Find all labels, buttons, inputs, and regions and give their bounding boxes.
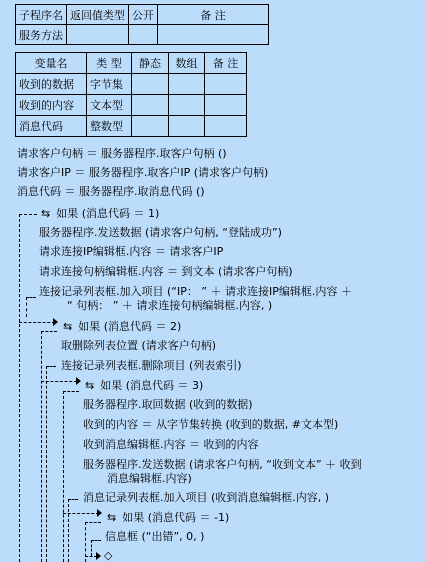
var-name-cell[interactable]: 收到的内容 bbox=[16, 95, 87, 116]
code-line[interactable]: 消息代码 ＝ 服务器程序.取消息代码 () bbox=[17, 185, 205, 199]
static-cell[interactable] bbox=[132, 95, 169, 116]
remark-cell[interactable] bbox=[205, 95, 247, 116]
var-type-cell[interactable]: 文本型 bbox=[87, 95, 132, 116]
code-line[interactable]: 收到消息编辑框.内容 ＝ 收到的内容 bbox=[83, 438, 259, 452]
code-line[interactable]: 请求客户IP ＝ 服务器程序.取客户IP (请求客户句柄) bbox=[17, 166, 268, 180]
remark-cell[interactable] bbox=[205, 116, 247, 137]
code-line[interactable]: 服务器程序.发送数据 (请求客户句柄, “登陆成功”) bbox=[39, 226, 282, 240]
flow-line bbox=[26, 297, 27, 317]
flow-line bbox=[63, 513, 99, 514]
flow-line bbox=[19, 214, 20, 562]
arrow-icon bbox=[96, 552, 101, 560]
code-line[interactable]: 收到的内容 ＝ 从字节集转换 (收到的数据, #文本型) bbox=[83, 418, 338, 432]
code-line[interactable]: 取删除列表位置 (请求客户句柄) bbox=[61, 339, 216, 353]
code-line[interactable]: 消息记录列表框.加入项目 (收到消息编辑框.内容, ) bbox=[83, 491, 329, 505]
variable-table: 变量名 类 型 静态 数组 备 注 收到的数据 字节集 收到的内容 文本型 消息… bbox=[15, 52, 247, 137]
code-line[interactable]: 请求连接句柄编辑框.内容 ＝ 到文本 (请求客户句柄) bbox=[39, 265, 293, 279]
flow-line bbox=[19, 214, 37, 215]
array-cell[interactable] bbox=[169, 74, 205, 95]
var-type-cell[interactable]: 整数型 bbox=[87, 116, 132, 137]
flow-line bbox=[46, 366, 56, 367]
if-statement-2[interactable]: ⇆如果 (消息代码 ＝ 2) bbox=[63, 320, 181, 334]
flow-line bbox=[91, 540, 92, 556]
code-line[interactable]: 服务器程序.取回数据 (收到的数据) bbox=[83, 398, 253, 412]
if-statement-4[interactable]: ⇆如果 (消息代码 ＝ -1) bbox=[107, 511, 229, 525]
var-name-cell[interactable]: 消息代码 bbox=[16, 116, 87, 137]
flow-line bbox=[68, 499, 69, 562]
arrow-icon bbox=[76, 377, 81, 385]
flow-line bbox=[85, 522, 101, 523]
code-line[interactable]: 连接记录列表框.加入项目 (“IP： ” ＋ 请求连接IP编辑框.内容 ＋ bbox=[39, 285, 352, 299]
table-row[interactable]: 消息代码 整数型 bbox=[16, 116, 247, 137]
if-icon: ⇆ bbox=[107, 511, 116, 525]
var-name-cell[interactable]: 收到的数据 bbox=[16, 74, 87, 95]
code-line-cont: “ 句柄： ” ＋ 请求连接句柄编辑框.内容, ) bbox=[67, 299, 272, 313]
code-line[interactable]: 请求连接IP编辑框.内容 ＝ 请求客户IP bbox=[39, 245, 223, 259]
flow-line bbox=[46, 366, 47, 562]
flow-line bbox=[68, 499, 78, 500]
header-remark: 备 注 bbox=[158, 5, 269, 25]
if-statement-3[interactable]: ⇆如果 (消息代码 ＝ 3) bbox=[85, 379, 203, 393]
code-line[interactable]: 服务器程序.发送数据 (请求客户句柄, “收到文本” ＋ 收到 bbox=[83, 458, 362, 472]
header-public: 公开 bbox=[129, 5, 158, 25]
public-cell[interactable] bbox=[129, 25, 158, 45]
if-icon: ⇆ bbox=[41, 207, 50, 221]
if-statement-1[interactable]: ⇆如果 (消息代码 ＝ 1) bbox=[41, 207, 159, 221]
if-icon: ⇆ bbox=[85, 379, 94, 393]
flow-line bbox=[41, 331, 57, 332]
code-line[interactable]: 请求客户句柄 ＝ 服务器程序.取客户句柄 () bbox=[17, 147, 227, 161]
array-cell[interactable] bbox=[169, 95, 205, 116]
var-type-cell[interactable]: 字节集 bbox=[87, 74, 132, 95]
code-line-cont: 消息编辑框.内容) bbox=[107, 472, 192, 486]
code-line[interactable]: 信息框 (“出错”, 0, ) bbox=[105, 530, 204, 544]
flow-line bbox=[63, 391, 79, 392]
return-type-cell[interactable] bbox=[67, 25, 129, 45]
static-cell[interactable] bbox=[132, 74, 169, 95]
flow-line bbox=[41, 381, 77, 382]
code-line[interactable]: 连接记录列表框.删除项目 (列表索引) bbox=[61, 359, 242, 373]
if-condition: 如果 (消息代码 ＝ 3) bbox=[100, 379, 203, 392]
table-row[interactable]: 收到的数据 字节集 bbox=[16, 74, 247, 95]
flow-line bbox=[26, 297, 36, 298]
flow-line bbox=[63, 391, 64, 562]
array-cell[interactable] bbox=[169, 116, 205, 137]
end-marker-icon: ◇ bbox=[104, 549, 112, 562]
static-cell[interactable] bbox=[132, 116, 169, 137]
if-condition: 如果 (消息代码 ＝ 2) bbox=[78, 320, 181, 333]
header-return-type: 返回值类型 bbox=[67, 5, 129, 25]
header-type: 类 型 bbox=[87, 53, 132, 74]
table-row[interactable]: 收到的内容 文本型 bbox=[16, 95, 247, 116]
arrow-icon bbox=[97, 509, 102, 517]
remark-cell[interactable] bbox=[205, 74, 247, 95]
subroutine-table: 子程序名 返回值类型 公开 备 注 服务方法 bbox=[15, 4, 269, 45]
arrow-icon bbox=[53, 318, 58, 326]
header-array: 数组 bbox=[169, 53, 205, 74]
if-condition: 如果 (消息代码 ＝ -1) bbox=[122, 511, 229, 524]
if-condition: 如果 (消息代码 ＝ 1) bbox=[56, 207, 159, 220]
header-remark: 备 注 bbox=[205, 53, 247, 74]
flow-line bbox=[91, 540, 101, 541]
remark-cell[interactable] bbox=[158, 25, 269, 45]
header-var-name: 变量名 bbox=[16, 53, 87, 74]
sub-name-cell[interactable]: 服务方法 bbox=[16, 25, 67, 45]
header-sub-name: 子程序名 bbox=[16, 5, 67, 25]
flow-line bbox=[41, 331, 42, 562]
header-static: 静态 bbox=[132, 53, 169, 74]
if-icon: ⇆ bbox=[63, 320, 72, 334]
flow-line bbox=[19, 322, 55, 323]
